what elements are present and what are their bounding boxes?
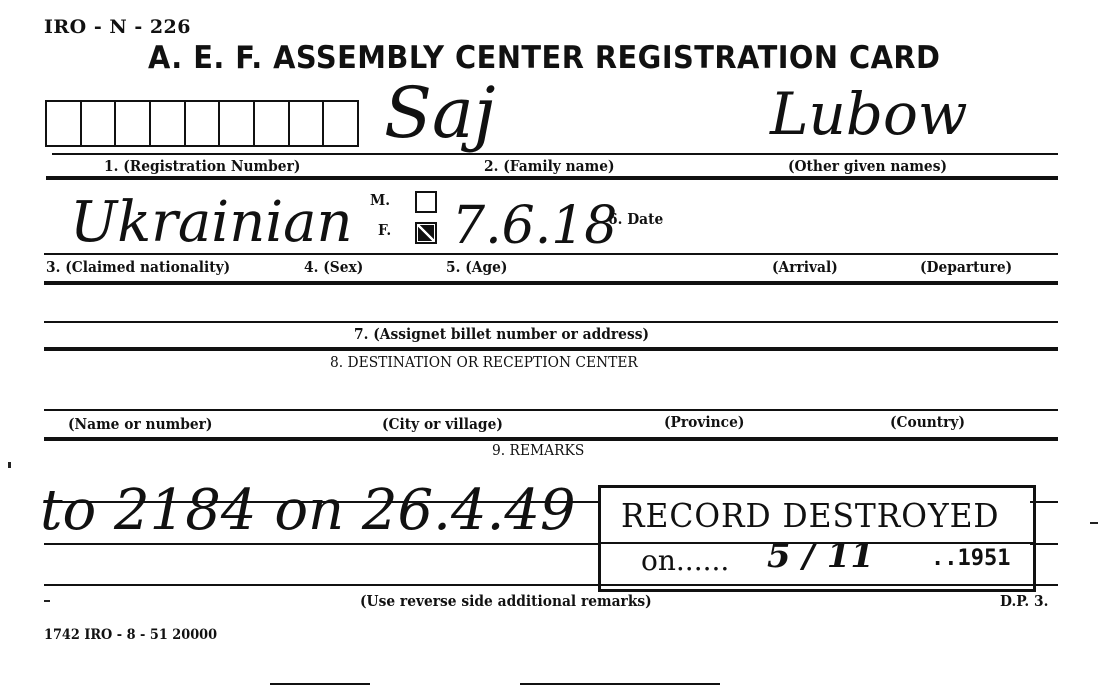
age-label: 5. (Age) (446, 258, 507, 276)
departure-label: (Departure) (920, 258, 1012, 276)
sex-option-f-label: F. (378, 221, 391, 239)
given-names-label: (Other given names) (788, 157, 947, 175)
divider (44, 281, 1058, 285)
record-destroyed-stamp: RECORD DESTROYED on...... 5 / 11 ..1951 (598, 485, 1036, 592)
remarks-handwritten[interactable]: to 2184 on 26.4.49 (40, 478, 576, 543)
given-names-value[interactable]: Lubow (770, 80, 968, 148)
registration-number-label: 1. (Registration Number) (104, 157, 300, 175)
remarks-footnote: (Use reverse side additional remarks) (360, 592, 652, 610)
registration-cell[interactable] (220, 102, 255, 145)
sex-m-checkbox[interactable] (415, 191, 437, 213)
destination-city-label: (City or village) (382, 415, 503, 433)
print-info: 1742 IRO - 8 - 51 20000 (44, 627, 217, 643)
destination-province-label: (Province) (664, 413, 744, 431)
registration-number-boxes[interactable] (45, 100, 359, 147)
registration-cell[interactable] (186, 102, 221, 145)
scan-speck (8, 462, 11, 468)
registration-cell[interactable] (47, 102, 82, 145)
scan-speck (1090, 522, 1098, 524)
sex-f-checkbox[interactable] (415, 222, 437, 244)
registration-cell[interactable] (324, 102, 357, 145)
destination-name-label: (Name or number) (68, 415, 212, 433)
divider (52, 153, 1058, 155)
scan-speck (44, 600, 50, 602)
destination-country-label: (Country) (890, 413, 965, 431)
stamp-year: ..1951 (931, 546, 1010, 571)
form-code: D.P. 3. (1000, 592, 1048, 610)
registration-cell[interactable] (82, 102, 117, 145)
family-name-label: 2. (Family name) (484, 157, 615, 175)
billet-label: 7. (Assignet billet number or address) (354, 325, 649, 343)
form-number: IRO - N - 226 (44, 16, 191, 38)
destination-heading: 8. DESTINATION OR RECEPTION CENTER (330, 353, 638, 371)
nationality-label: 3. (Claimed nationality) (46, 258, 230, 276)
arrival-label: (Arrival) (772, 258, 838, 276)
registration-cell[interactable] (255, 102, 290, 145)
sex-label: 4. (Sex) (304, 258, 363, 276)
registration-cell[interactable] (290, 102, 325, 145)
nationality-value[interactable]: Ukrainian (70, 190, 353, 255)
scan-speck (520, 683, 720, 685)
remarks-heading: 9. REMARKS (492, 441, 584, 459)
divider (44, 321, 1058, 323)
divider (44, 253, 1058, 255)
stamp-title: RECORD DESTROYED (621, 496, 1000, 535)
stamp-on-label: on...... (641, 544, 729, 577)
card-title: A. E. F. ASSEMBLY CENTER REGISTRATION CA… (148, 40, 940, 76)
divider (44, 347, 1058, 351)
scan-speck (270, 683, 370, 685)
sex-option-m-label: M. (370, 191, 390, 209)
age-value[interactable]: 7.6.18 (452, 196, 617, 256)
registration-cell[interactable] (116, 102, 151, 145)
divider (46, 176, 1058, 180)
date-label: 6. Date (608, 210, 663, 228)
registration-cell[interactable] (151, 102, 186, 145)
remarks-line (44, 543, 600, 545)
divider (44, 409, 1058, 411)
stamp-date-value: 5 / 11 (767, 536, 874, 576)
family-name-value[interactable]: Saj (384, 72, 495, 154)
